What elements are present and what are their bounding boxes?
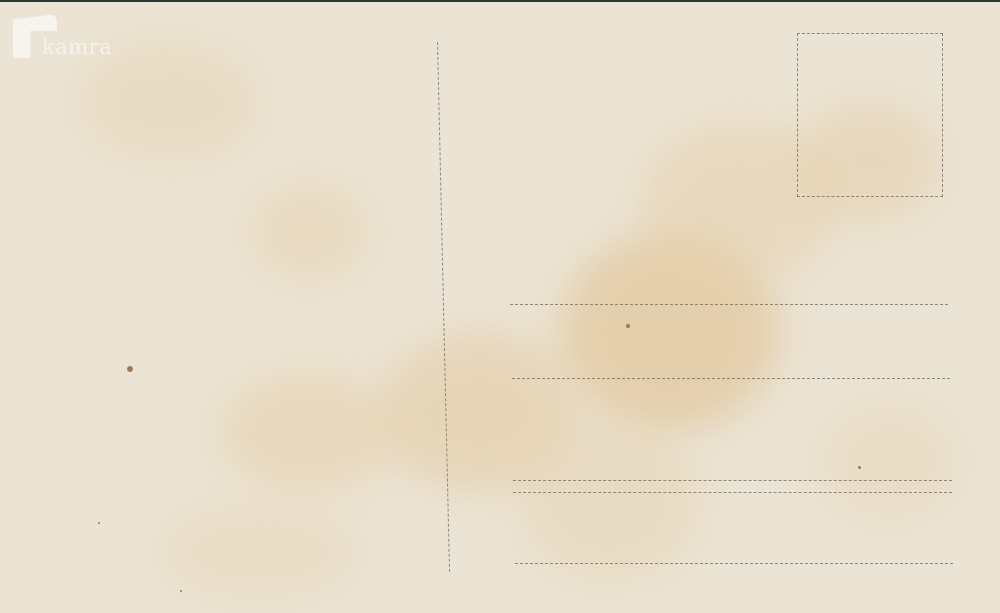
address-line-2	[512, 378, 950, 379]
address-line-3a	[513, 480, 952, 481]
stain	[250, 182, 370, 282]
center-divider-line	[437, 42, 450, 572]
watermark-text: kamra	[42, 35, 112, 59]
spot	[858, 466, 861, 469]
spot	[98, 522, 100, 524]
spot	[626, 324, 630, 328]
kamra-watermark: kamra	[12, 14, 112, 62]
stain	[520, 422, 700, 582]
spot	[127, 366, 133, 372]
stamp-placement-box	[797, 33, 943, 197]
address-line-4	[515, 563, 953, 564]
spot	[180, 590, 182, 592]
stain	[220, 372, 400, 492]
stain	[820, 402, 960, 522]
stain	[160, 502, 360, 602]
address-line-1	[510, 304, 948, 305]
postcard-back: kamra	[0, 2, 1000, 613]
address-line-3b	[513, 492, 952, 493]
